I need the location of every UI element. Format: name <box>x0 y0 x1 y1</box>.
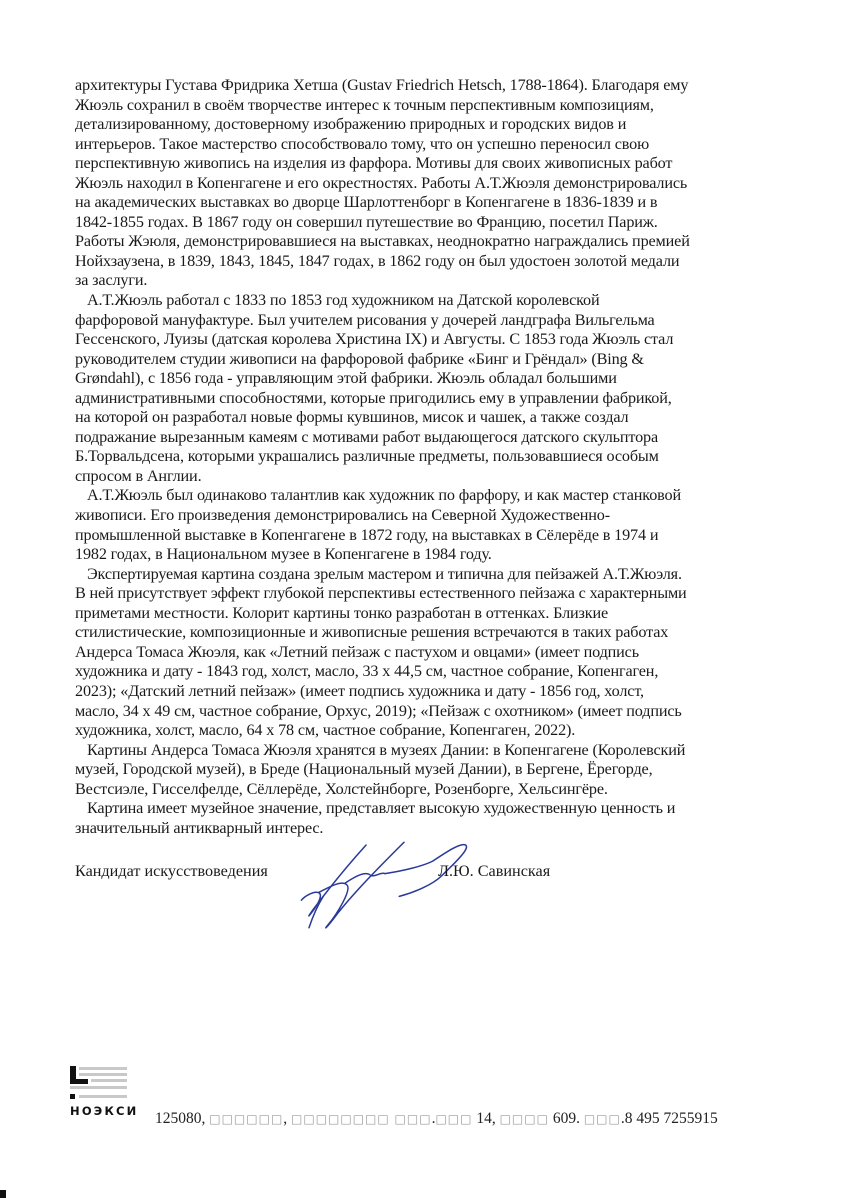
address-part: 14, <box>472 1110 495 1127</box>
logo-line <box>79 1073 127 1076</box>
text-line: за заслуги. <box>75 271 775 291</box>
logo-line <box>70 1086 127 1089</box>
text-line: стилистические, композиционные и живопис… <box>75 623 775 643</box>
text-line: Жюэль сохранил в своём творчестве интере… <box>75 96 775 116</box>
text-line: на которой он разработал новые формы кув… <box>75 408 775 428</box>
logo-line <box>79 1067 127 1070</box>
text-line: подражание вырезанным камеям с мотивами … <box>75 428 775 448</box>
text-line: живописи. Его произведения демонстрирова… <box>75 506 775 526</box>
text-line: фарфоровой мануфактуре. Был учителем рис… <box>75 311 775 331</box>
text-line: промышленной выставке в Копенгагене в 18… <box>75 526 775 546</box>
text-line: Grøndahl), с 1856 года - управляющим это… <box>75 369 775 389</box>
paragraph-3: А.Т.Жюэль был одинаково талантлив как ху… <box>75 486 775 564</box>
text-line: интерьеров. Такое мастерство способствов… <box>75 135 775 155</box>
missing-glyphs: □□□□ <box>500 1112 549 1126</box>
text-line: Нойхзаузена, в 1839, 1843, 1845, 1847 го… <box>75 252 775 272</box>
text-line: Жюэль находил в Копенгагене и его окрест… <box>75 174 775 194</box>
text-line: спросом в Англии. <box>75 467 775 487</box>
text-line: художника и дату - 1843 год, холст, масл… <box>75 662 775 682</box>
signer-name: Л.Ю. Савинская <box>438 862 550 881</box>
text-line: Картина имеет музейное значение, предста… <box>75 799 775 819</box>
text-line: 1982 годах, в Национальном музее в Копен… <box>75 545 775 565</box>
text-line: масло, 34 х 49 см, частное собрание, Орх… <box>75 702 775 722</box>
text-line: Картины Андерса Томаса Жюэля хранятся в … <box>75 741 775 761</box>
text-line: Вестсиэле, Гисселфелде, Сёллерёде, Холст… <box>75 780 775 800</box>
missing-glyphs: □□□□□□ <box>209 1112 283 1126</box>
missing-glyphs: □□□□□□□□ □□□ <box>291 1112 432 1126</box>
text-line: руководителем студии живописи на фарфоро… <box>75 350 775 370</box>
signature-block: Кандидат искусствоведения Л.Ю. Савинская <box>75 862 695 892</box>
text-line: Работы Жэюля, демонстрировавшиеся на выс… <box>75 232 775 252</box>
address-part: 125080, <box>155 1110 205 1127</box>
paragraph-5: Картины Андерса Томаса Жюэля хранятся в … <box>75 741 775 800</box>
text-line: Экспертируемая картина создана зрелым ма… <box>75 565 775 585</box>
paragraph-2: А.Т.Жюэль работал с 1833 по 1853 год худ… <box>75 291 775 486</box>
missing-glyphs: □□□ <box>435 1112 472 1126</box>
missing-glyphs: □□□ <box>584 1112 621 1126</box>
address-part: , <box>283 1110 287 1127</box>
text-line: 2023); «Датский летний пейзаж» (имеет по… <box>75 682 775 702</box>
text-line: 1842-1855 годах. В 1867 году он совершил… <box>75 213 775 233</box>
text-line: Гессенского, Луизы (датская королева Хри… <box>75 330 775 350</box>
logo-square <box>70 1094 75 1099</box>
text-line: на академических выставках во дворце Шар… <box>75 193 775 213</box>
text-line: административными способностями, которые… <box>75 389 775 409</box>
text-line: А.Т.Жюэль был одинаково талантлив как ху… <box>75 486 775 506</box>
logo-text: НОЭКСИ <box>70 1104 139 1118</box>
text-line: художника, холст, масло, 64 х 78 см, час… <box>75 721 775 741</box>
signer-title: Кандидат искусствоведения <box>75 862 268 881</box>
footer-address: 125080, □□□□□□, □□□□□□□□ □□□.□□□ 14, □□□… <box>155 1110 718 1128</box>
logo-line <box>79 1095 127 1098</box>
document-body: архитектуры Густава Фридрика Хетша (Gust… <box>75 76 775 838</box>
text-line: архитектуры Густава Фридрика Хетша (Gust… <box>75 76 775 96</box>
paragraph-4: Экспертируемая картина создана зрелым ма… <box>75 565 775 741</box>
phone-number: .8 495 7255915 <box>621 1110 718 1127</box>
text-line: музей, Городской музей), в Бреде (Национ… <box>75 760 775 780</box>
text-line: В ней присутствует эффект глубокой персп… <box>75 584 775 604</box>
text-line: детализированному, достоверному изображе… <box>75 115 775 135</box>
text-line: перспективную живопись на изделия из фар… <box>75 154 775 174</box>
text-line: А.Т.Жюэль работал с 1833 по 1853 год худ… <box>75 291 775 311</box>
paragraph-1: архитектуры Густава Фридрика Хетша (Gust… <box>75 76 775 291</box>
company-logo: НОЭКСИ <box>70 1066 150 1122</box>
text-line: Б.Торвальдсена, которыми украшались разл… <box>75 447 775 467</box>
logo-mark-foot <box>70 1079 88 1084</box>
text-line: приметами местности. Колорит картины тон… <box>75 604 775 624</box>
address-part: 609. <box>549 1110 580 1127</box>
logo-line <box>91 1079 127 1082</box>
text-line: Андерса Томаса Жюэля, как «Летний пейзаж… <box>75 643 775 663</box>
scan-corner-mark <box>0 1190 6 1198</box>
